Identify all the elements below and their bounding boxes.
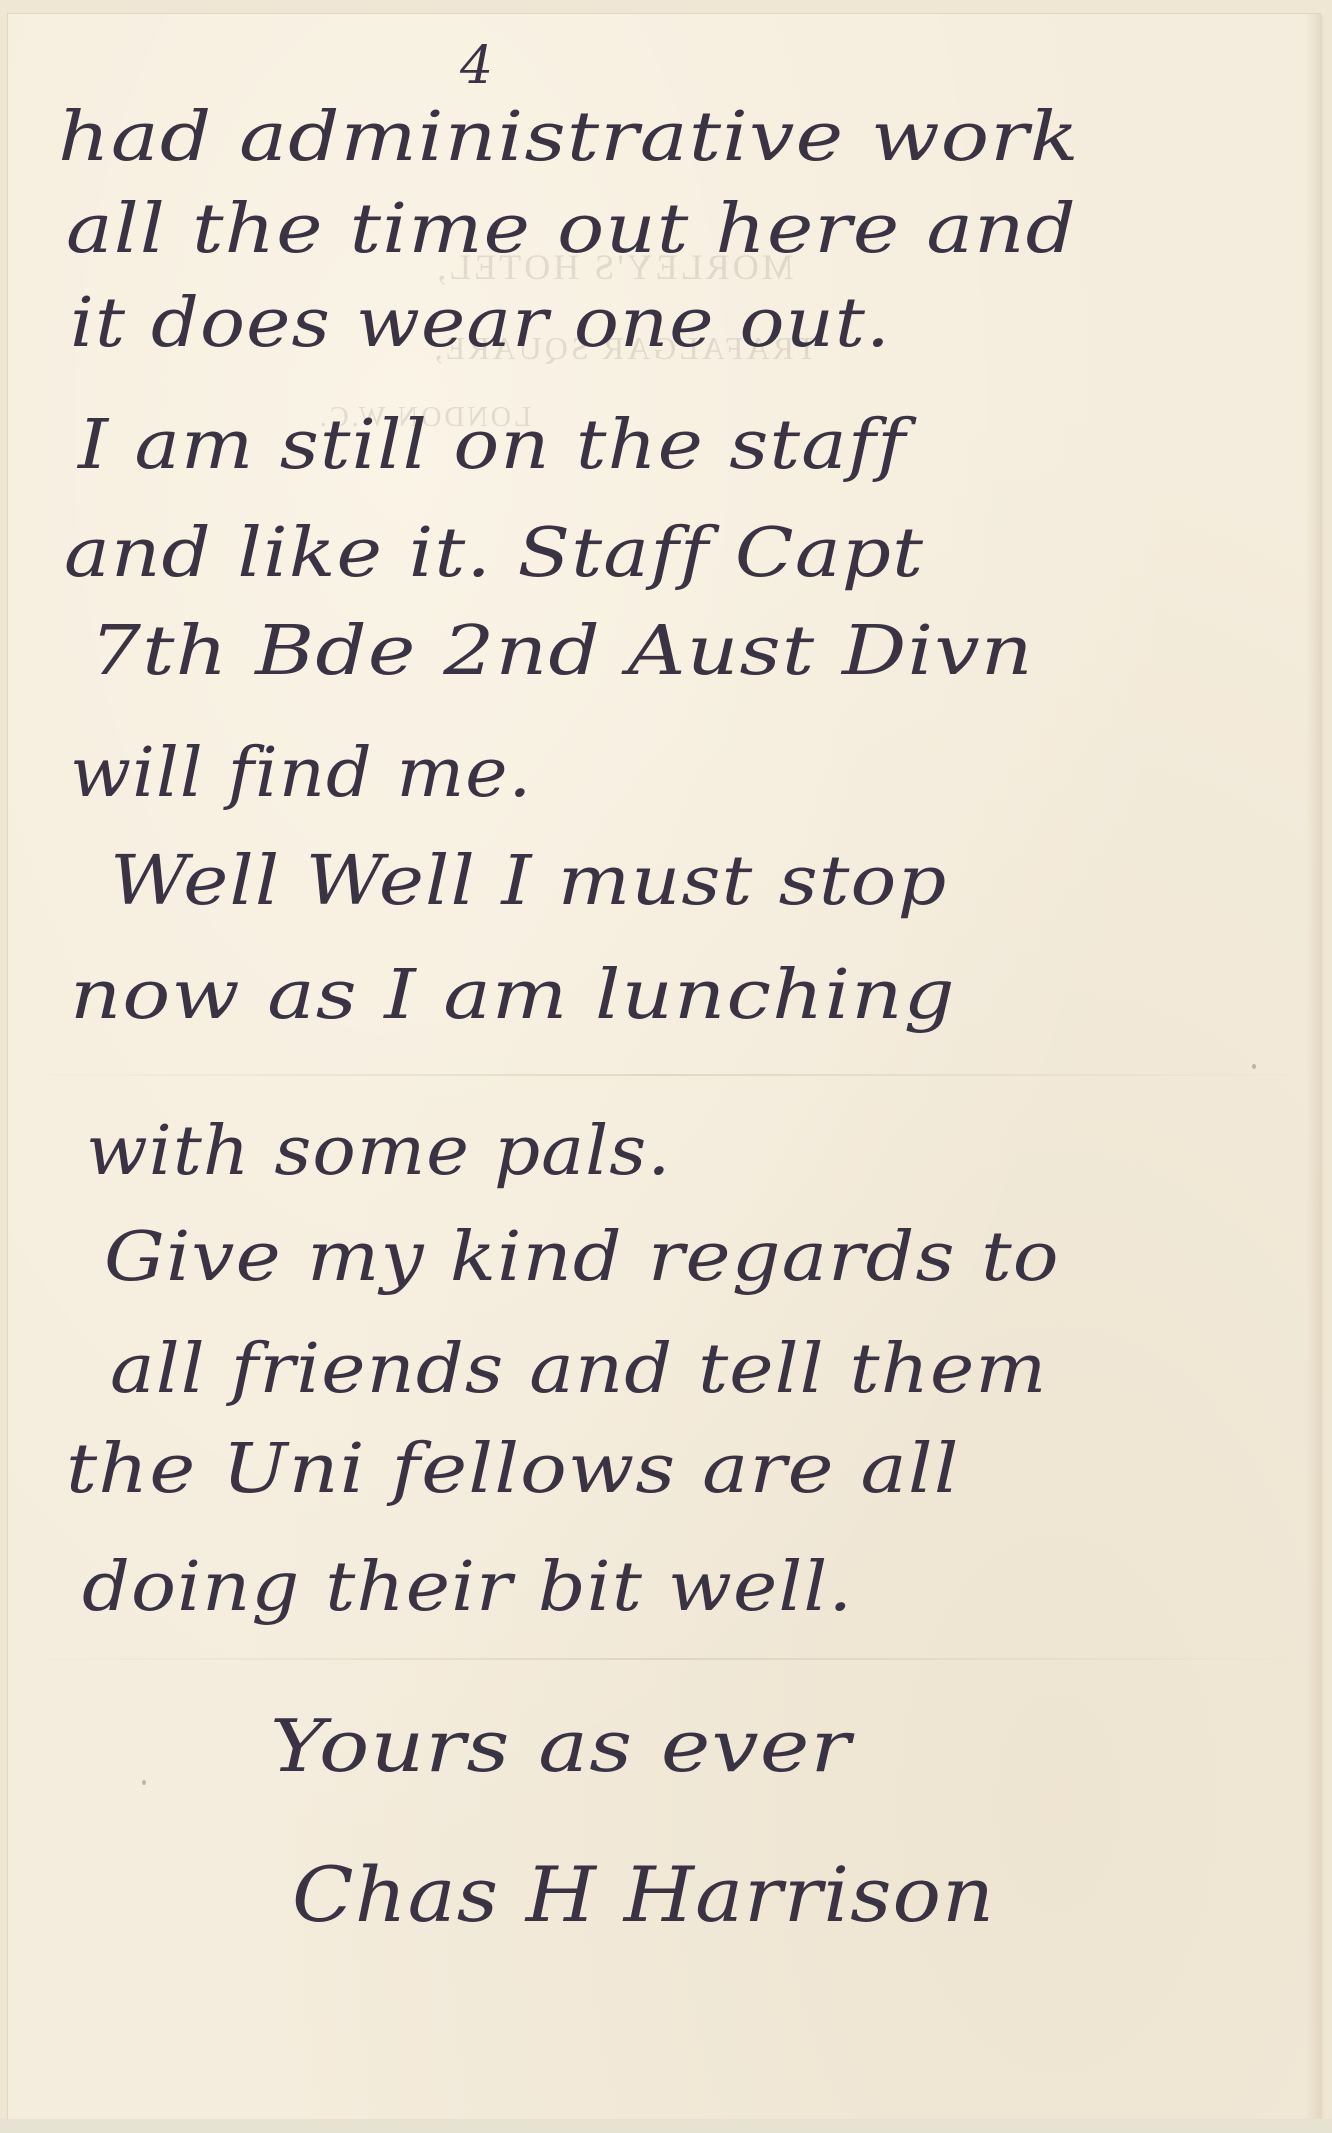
letter-signature: Chas H Harrison — [292, 1850, 995, 1939]
paper-fold-line — [8, 1074, 1320, 1076]
letter-line-13: the Uni fellows are all — [66, 1430, 960, 1509]
letter-page: MORLEY'S HOTEL, TRAFALGAR SQUARE, LONDON… — [8, 14, 1320, 2119]
paper-speck — [1252, 1064, 1256, 1069]
letter-line-2: all the time out here and — [66, 190, 1077, 269]
paper-fold-line — [8, 1658, 1320, 1660]
letter-line-3: it does wear one out. — [70, 284, 891, 363]
letter-line-5: and like it. Staff Capt — [64, 514, 924, 593]
letter-line-1: had administrative work — [58, 98, 1080, 177]
scan-background-strip — [0, 2119, 1332, 2133]
page-number: 4 — [460, 36, 493, 96]
letter-line-14: doing their bit well. — [82, 1548, 853, 1627]
letter-line-11: Give my kind regards to — [104, 1218, 1060, 1297]
letter-line-10: with some pals. — [86, 1112, 671, 1191]
letter-line-4: I am still on the staff — [78, 406, 906, 485]
letter-line-8: Well Well I must stop — [110, 842, 947, 921]
letter-line-6: 7th Bde 2nd Aust Divn — [90, 612, 1034, 691]
letter-closing: Yours as ever — [270, 1704, 852, 1788]
page-edge-shadow — [1306, 14, 1320, 2119]
letter-line-7: will find me. — [70, 734, 532, 813]
letter-line-12: all friends and tell them — [110, 1330, 1047, 1409]
paper-speck — [142, 1780, 146, 1785]
letter-line-9: now as I am lunching — [70, 956, 956, 1035]
